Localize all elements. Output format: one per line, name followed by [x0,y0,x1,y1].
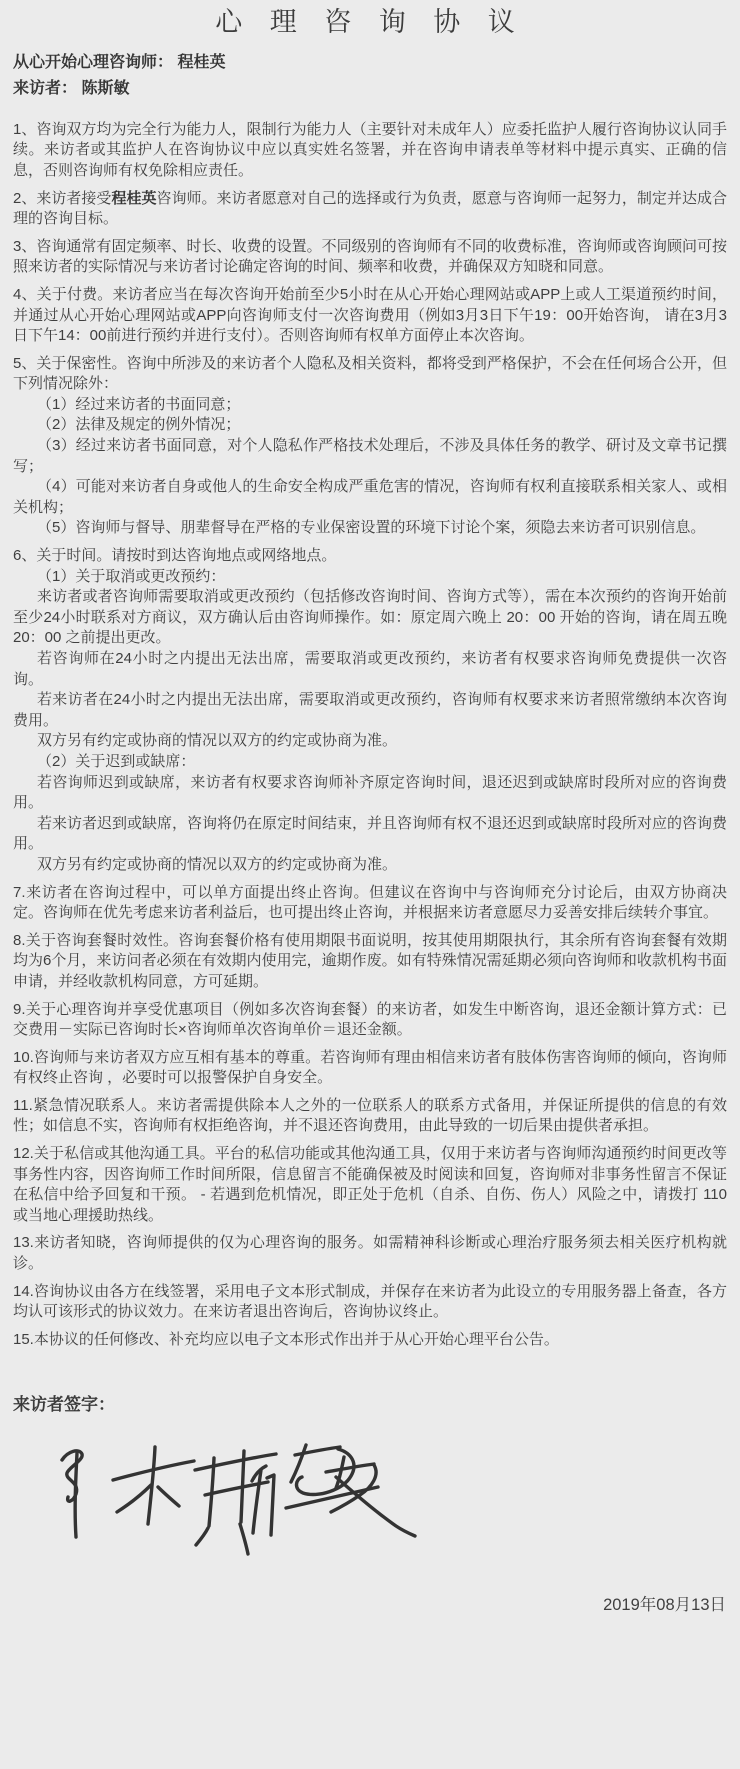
term-3: 3、咨询通常有固定频率、时长、收费的设置。不同级别的咨询师有不同的收费标准，咨询… [13,237,727,278]
agreement-document: 心 理 咨 询 协 议 从心开始心理咨询师： 程桂英 来访者： 陈斯敏 1、咨询… [0,0,740,1675]
term-6-item: 若来访者在24小时之内提出无法出席，需要取消或更改预约，咨询师有权要求来访者照常… [13,690,727,731]
term-6-item: 双方另有约定或协商的情况以双方的约定或协商为准。 [13,855,727,876]
term-8: 8.关于咨询套餐时效性。咨询套餐价格有使用期限书面说明，按其使用期限执行，其余所… [13,931,727,993]
term-5-item: （1）经过来访者的书面同意； [13,395,727,416]
term-6-item: 双方另有约定或协商的情况以双方的约定或协商为准。 [13,731,727,752]
term-6-item: 若来访者迟到或缺席，咨询将仍在原定时间结束，并且咨询师有权不退还迟到或缺席时段所… [13,814,727,855]
term-6-group: 6、关于时间。请按时到达咨询地点或网络地点。 （1）关于取消或更改预约： 来访者… [13,546,727,876]
term-2-text-before: 2、来访者接受 [13,190,111,207]
client-line: 来访者： 陈斯敏 [13,76,727,102]
term-13: 13.来访者知晓，咨询师提供的仅为心理咨询的服务。如需精神科诊断或心理治疗服务须… [13,1233,727,1274]
term-5-item: （3）经过来访者书面同意，对个人隐私作严格技术处理后，不涉及具体任务的教学、研讨… [13,436,727,477]
counselor-name-inline: 程桂英 [111,190,156,207]
signature-date: 2019年08月13日 [13,1591,726,1615]
term-11: 11.紧急情况联系人。来访者需提供除本人之外的一位联系人的联系方式备用，并保证所… [13,1096,727,1137]
term-7: 7.来访者在咨询过程中，可以单方面提出终止咨询。但建议在咨询中与咨询师充分讨论后… [13,883,727,924]
term-9: 9.关于心理咨询并享受优惠项目（例如多次咨询套餐）的来访者，如发生中断咨询，退还… [13,1000,727,1041]
term-5-item: （2）法律及规定的例外情况； [13,415,727,436]
term-6-item: （1）关于取消或更改预约： [13,567,727,588]
visitor-signature-label: 来访者签字： [13,1390,727,1415]
term-15: 15.本协议的任何修改、补充均应以电子文本形式作出并于从心开始心理平台公告。 [13,1330,727,1351]
term-6-item: 来访者或者咨询师需要取消或更改预约（包括修改咨询时间、咨询方式等），需在本次预约… [13,587,727,649]
term-5-item: （5）咨询师与督导、朋辈督导在严格的专业保密设置的环境下讨论个案，须隐去来访者可… [13,518,727,539]
term-12: 12.关于私信或其他沟通工具。平台的私信功能或其他沟通工具，仅用于来访者与咨询师… [13,1144,727,1226]
term-4: 4、关于付费。来访者应当在每次咨询开始前至少5小时在从心开始心理网站或APP上或… [13,285,727,347]
term-5-item: （4）可能对来访者自身或他人的生命安全构成严重危害的情况，咨询师有权利直接联系相… [13,477,727,518]
term-5-group: 5、关于保密性。咨询中所涉及的来访者个人隐私及相关资料，都将受到严格保护，不会在… [13,354,727,539]
term-6-item: （2）关于迟到或缺席： [13,752,727,773]
term-1: 1、咨询双方均为完全行为能力人，限制行为能力人（主要针对未成年人）应委托监护人履… [13,120,727,182]
term-6-item: 若咨询师迟到或缺席，来访者有权要求咨询师补齐原定咨询时间，退还迟到或缺席时段所对… [13,773,727,814]
term-2: 2、来访者接受程桂英咨询师。来访者愿意对自己的选择或行为负责，愿意与咨询师一起努… [13,189,727,230]
term-5: 5、关于保密性。咨询中所涉及的来访者个人隐私及相关资料，都将受到严格保护，不会在… [13,354,727,395]
term-14: 14.咨询协议由各方在线签署，采用电子文本形式制成，并保存在来访者为此设立的专用… [13,1282,727,1323]
terms-body: 1、咨询双方均为完全行为能力人，限制行为能力人（主要针对未成年人）应委托监护人履… [13,120,727,1351]
counselor-line: 从心开始心理咨询师： 程桂英 [13,50,727,76]
page-title: 心 理 咨 询 协 议 [13,6,727,40]
signature-strokes [62,1445,415,1554]
term-6: 6、关于时间。请按时到达咨询地点或网络地点。 [13,546,727,567]
term-6-item: 若咨询师在24小时之内提出无法出席，需要取消或更改预约，来访者有权要求咨询师免费… [13,649,727,690]
handwritten-signature [55,1437,435,1565]
term-10: 10.咨询师与来访者双方应互相有基本的尊重。若咨询师有理由相信来访者有肢体伤害咨… [13,1048,727,1089]
